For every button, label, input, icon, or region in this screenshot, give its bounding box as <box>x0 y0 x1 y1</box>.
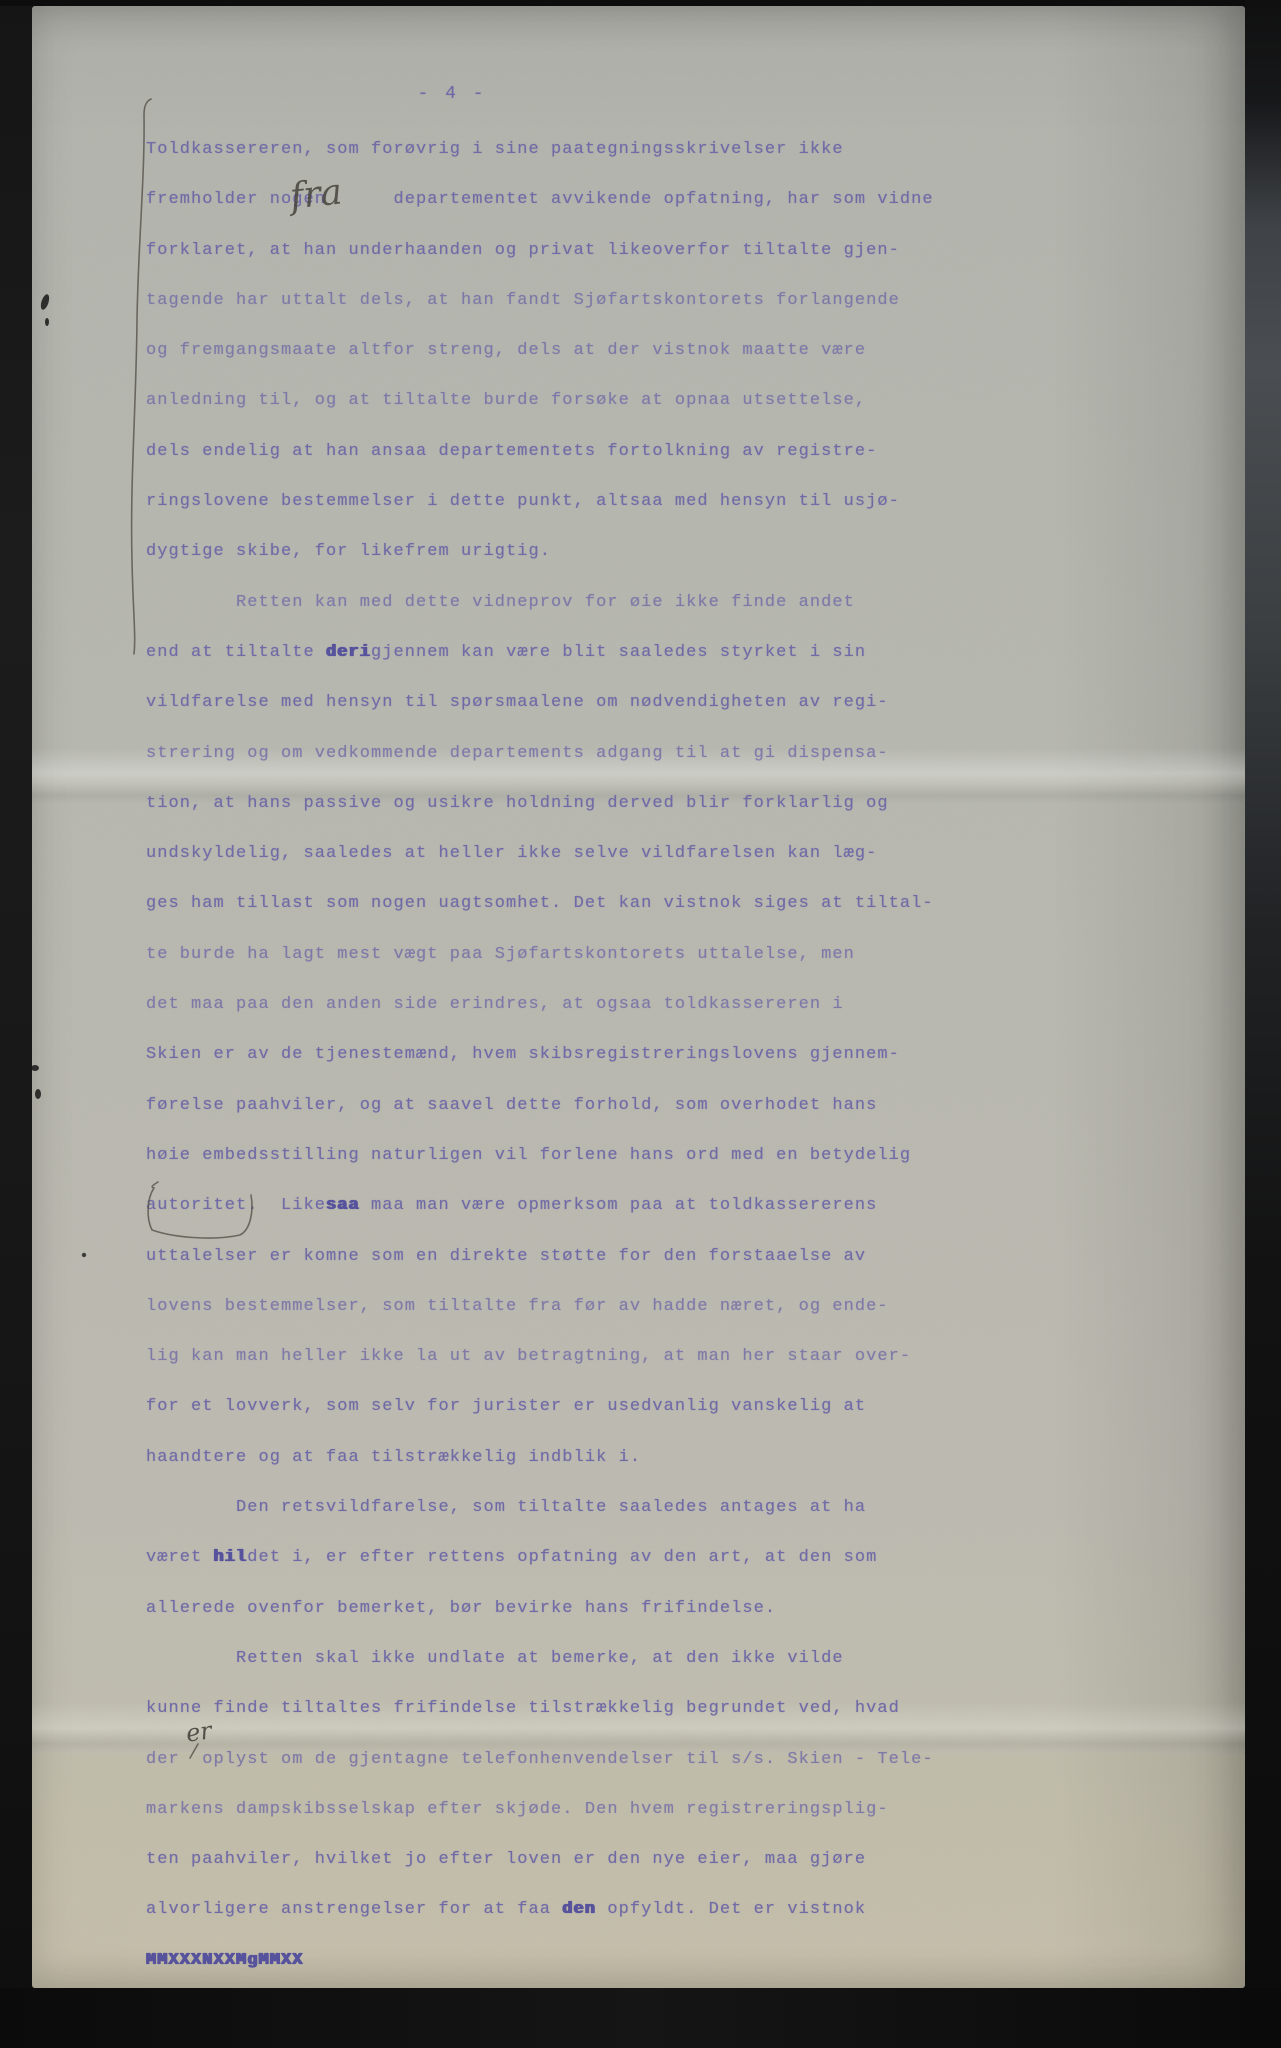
text-line: førelse paahviler, og at saavel dette fo… <box>146 1081 934 1131</box>
text-line: dels endelig at han ansaa departementets… <box>146 427 934 477</box>
text-segment: det i, er efter rettens opfatning av den… <box>247 1548 877 1567</box>
overtyped-word: hil <box>214 1548 248 1567</box>
text-line: forklaret, at han underhaanden og privat… <box>146 226 934 276</box>
paragraph: Den retsvildfarelse, som tiltalte saaled… <box>146 1483 934 1634</box>
text-segment: autoritet. Like <box>146 1196 326 1215</box>
text-line: autoritet. Likesaa maa man være opmerkso… <box>146 1181 934 1231</box>
scanned-document-photo: { "doc": { "page_number": "- 4 -", "para… <box>0 0 1281 2048</box>
overtyped-word: den <box>562 1900 596 1919</box>
text-segment: opfyldt. Det er vistnok <box>596 1900 866 1919</box>
text-line: høie embedsstilling naturligen vil forle… <box>146 1131 934 1181</box>
text-line: undskyldelig, saaledes at heller ikke se… <box>146 829 934 879</box>
text-line: markens dampskibsselskap efter skjøde. D… <box>146 1785 934 1835</box>
text-line: allerede ovenfor bemerket, bør bevirke h… <box>146 1584 934 1634</box>
text-line: tion, at hans passive og usikre holdning… <box>146 779 934 829</box>
text-line: der oplyst om de gjentagne telefonhenven… <box>146 1735 934 1785</box>
paragraph: MMXXXNXXMgMMXX <box>146 1936 934 1986</box>
text-segment: gjennem kan være blit saaledes styrket i… <box>371 643 866 662</box>
text-line: det maa paa den anden side erindres, at … <box>146 980 934 1030</box>
overtyped-word: saa <box>326 1196 360 1215</box>
page-number: - 4 - <box>372 84 532 104</box>
text-line: end at tiltalte derigjennem kan være bli… <box>146 628 934 678</box>
paragraph: Retten kan med dette vidneprov for øie i… <box>146 578 934 1483</box>
text-line: for et lovverk, som selv for jurister er… <box>146 1382 934 1432</box>
text-line: og fremgangsmaate altfor streng, dels at… <box>146 326 934 376</box>
text-line: alvorligere anstrengelser for at faa den… <box>146 1885 934 1935</box>
text-line: ges ham tillast som nogen uagtsomhet. De… <box>146 879 934 929</box>
text-line: vildfarelse med hensyn til spørsmaalene … <box>146 678 934 728</box>
text-line: Toldkassereren, som forøvrig i sine paat… <box>146 125 934 175</box>
handwritten-insertion-er: er <box>184 1716 213 1747</box>
handwritten-insertion-fra: fra <box>288 171 344 217</box>
text-line: været hildet i, er efter rettens opfatni… <box>146 1533 934 1583</box>
paragraph: Toldkassereren, som forøvrig i sine paat… <box>146 125 934 578</box>
text-line: Retten kan med dette vidneprov for øie i… <box>146 578 934 628</box>
typewritten-text: Toldkassereren, som forøvrig i sine paat… <box>146 125 934 1986</box>
scan-background-right <box>1245 0 1281 2048</box>
document-page: - 4 - Toldkassereren, som forøvrig i sin… <box>32 6 1245 1988</box>
scan-background-left <box>0 0 32 2048</box>
text-line: dygtige skibe, for likefrem urigtig. <box>146 527 934 577</box>
text-line: te burde ha lagt mest vægt paa Sjøfartsk… <box>146 930 934 980</box>
text-line: tagende har uttalt dels, at han fandt Sj… <box>146 276 934 326</box>
text-line: ten paahviler, hvilket jo efter loven er… <box>146 1835 934 1885</box>
typewriter-strikeout-line: MMXXXNXXMgMMXX <box>146 1936 934 1986</box>
text-line: kunne finde tiltaltes frifindelse tilstr… <box>146 1684 934 1734</box>
text-line: ringslovene bestemmelser i dette punkt, … <box>146 477 934 527</box>
text-line: lovens bestemmelser, som tiltalte fra fø… <box>146 1282 934 1332</box>
text-line: Retten skal ikke undlate at bemerke, at … <box>146 1634 934 1684</box>
text-line: uttalelser er komne som en direkte støtt… <box>146 1232 934 1282</box>
text-line: Den retsvildfarelse, som tiltalte saaled… <box>146 1483 934 1533</box>
overtyped-word: deri <box>326 643 371 662</box>
scan-background-bottom <box>0 1988 1281 2048</box>
text-line: Skien er av de tjenestemænd, hvem skibsr… <box>146 1030 934 1080</box>
text-line: fremholder nogen departementet avvikende… <box>146 175 934 225</box>
text-line: anledning til, og at tiltalte burde fors… <box>146 376 934 426</box>
text-line: lig kan man heller ikke la ut av betragt… <box>146 1332 934 1382</box>
text-line: haandtere og at faa tilstrækkelig indbli… <box>146 1433 934 1483</box>
paragraph: Retten skal ikke undlate at bemerke, at … <box>146 1634 934 1936</box>
text-segment: alvorligere anstrengelser for at faa <box>146 1900 562 1919</box>
text-segment: været <box>146 1548 214 1567</box>
text-line: strering og om vedkommende departements … <box>146 729 934 779</box>
text-segment: end at tiltalte <box>146 643 326 662</box>
text-segment: maa man være opmerksom paa at toldkasser… <box>360 1196 878 1215</box>
